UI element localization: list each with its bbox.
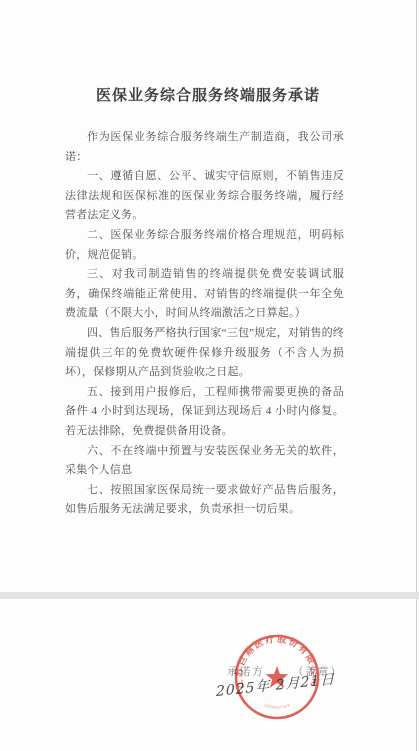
paragraph-item-2: 二、医保业务综合服务终端价格合理规范，明码标价，规范促销。 <box>65 226 344 265</box>
paragraph-item-4: 四、售后服务严格执行国家“三包”规定，对销售的终端提供三年的免费软硬件保修升级服… <box>65 324 344 383</box>
company-seal: 江苏巨鼎医疗股份有限公司 3203050277676 <box>233 633 321 721</box>
document-viewer: 医保业务综合服务终端服务承诺 作为医保业务综合服务终端生产制造商，我公司承诺： … <box>0 0 419 751</box>
document-page-1: 医保业务综合服务终端服务承诺 作为医保业务综合服务终端生产制造商，我公司承诺： … <box>0 0 417 592</box>
document-page-2: 承诺方（盖章） 2025年 2月21日 江苏巨鼎医疗股份有限公司 3203050… <box>0 599 417 751</box>
paragraph-item-5: 五、接到用户报修后，工程师携带需要更换的备品备件 4 小时到达现场，保证到达现场… <box>65 383 344 442</box>
paragraph-item-6: 六、不在终端中预置与安装医保业务无关的软件，采集个人信息 <box>65 442 344 481</box>
paragraph-item-3: 三、对我司制造销售的终端提供免费安装调试服务，确保终端能正常使用、对销售的终端提… <box>65 265 344 324</box>
paragraph-item-1: 一、遵循自愿、公平、诚实守信原则，不销售违反法律法规和医保标准的医保业务综合服务… <box>65 167 344 226</box>
seal-number-text: 3203050277676 <box>263 703 290 710</box>
paragraph-intro: 作为医保业务综合服务终端生产制造商，我公司承诺： <box>65 128 344 167</box>
page-separator <box>0 592 419 599</box>
document-body: 作为医保业务综合服务终端生产制造商，我公司承诺： 一、遵循自愿、公平、诚实守信原… <box>65 128 344 520</box>
document-title: 医保业务综合服务终端服务承诺 <box>0 0 416 105</box>
seal-star-icon <box>266 666 289 688</box>
paragraph-item-7: 七、按照国家医保局统一要求做好产品售后服务，如售后服务无法满足要求，负责承担一切… <box>65 481 344 520</box>
